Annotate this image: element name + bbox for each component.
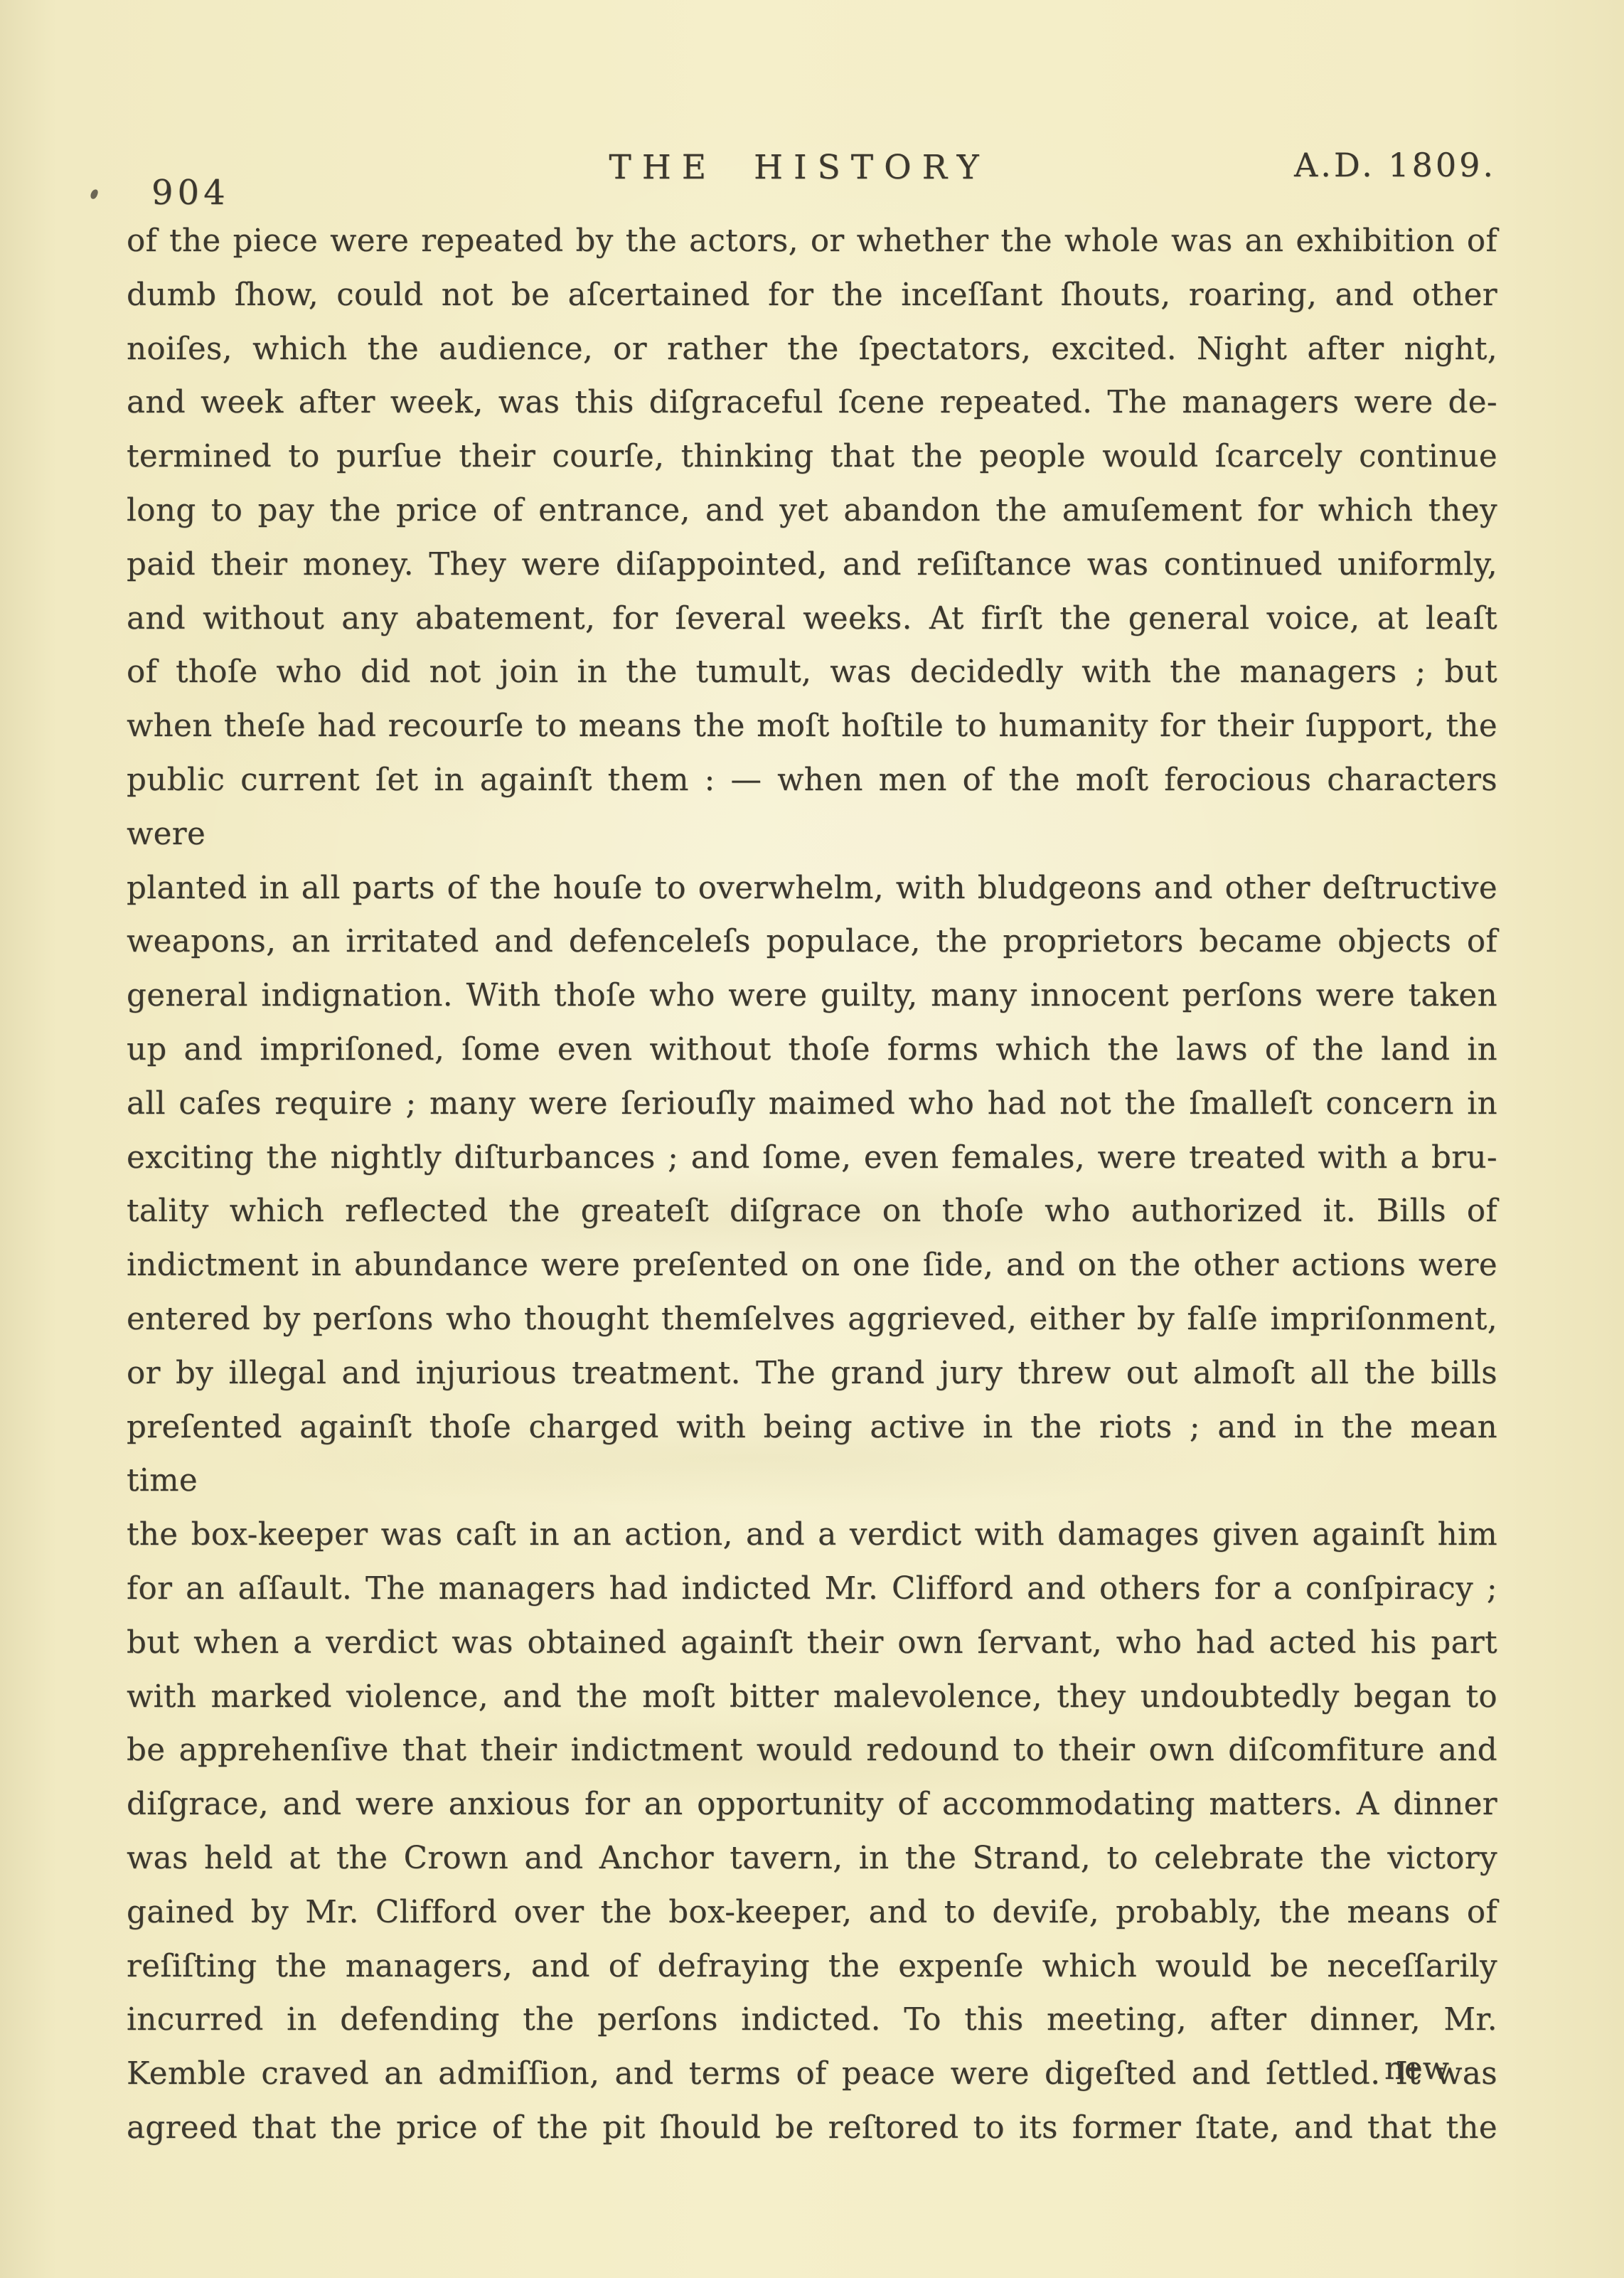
body-text: of the piece were repeated by the actors…	[127, 215, 1497, 2156]
text-line: and week after week, was this diſgracefu…	[127, 376, 1497, 430]
text-line: noiſes, which the audience, or rather th…	[127, 323, 1497, 377]
text-line: was held at the Crown and Anchor tavern,…	[127, 1832, 1497, 1886]
text-line: exciting the nightly diſturbances ; and …	[127, 1132, 1497, 1186]
date-heading: A.D. 1809.	[1294, 146, 1496, 184]
book-page: 904 THE HISTORY A.D. 1809. of the piece …	[0, 0, 1624, 2278]
ink-speck	[90, 188, 99, 200]
text-line: the box-keeper was caſt in an action, an…	[127, 1508, 1497, 1563]
text-line: of the piece were repeated by the actors…	[127, 215, 1497, 269]
catchword: new	[1384, 2043, 1449, 2097]
text-line: planted in all parts of the houſe to ove…	[127, 862, 1497, 916]
text-line: but when a verdict was obtained againſt …	[127, 1617, 1497, 1671]
text-line: diſgrace, and were anxious for an opport…	[127, 1778, 1497, 1832]
text-line: agreed that the price of the pit ſhould …	[127, 2102, 1497, 2156]
text-line: be apprehenſive that their indictment wo…	[127, 1724, 1497, 1778]
text-line: of thoſe who did not join in the tumult,…	[127, 646, 1497, 700]
text-line: weapons, an irritated and defenceleſs po…	[127, 915, 1497, 969]
text-line: or by illegal and injurious treatment. T…	[127, 1347, 1497, 1401]
text-line: tality which reflected the greateſt diſg…	[127, 1185, 1497, 1239]
text-line: dumb ſhow, could not be aſcertained for …	[127, 269, 1497, 323]
text-line: public current ſet in againſt them : — w…	[127, 754, 1497, 862]
text-line: and without any abatement, for ſeveral w…	[127, 592, 1497, 646]
text-line: with marked violence, and the moſt bitte…	[127, 1671, 1497, 1725]
text-line: paid their money. They were diſappointed…	[127, 538, 1497, 592]
text-line: gained by Mr. Clifford over the box-keep…	[127, 1886, 1497, 1940]
text-line: reſiſting the managers, and of defraying…	[127, 1940, 1497, 1994]
text-line: for an aſſault. The managers had indicte…	[127, 1563, 1497, 1617]
text-line: entered by perſons who thought themſelve…	[127, 1293, 1497, 1347]
text-line: Kemble craved an admiſſion, and terms of…	[127, 2048, 1497, 2102]
text-line: up and impriſoned, ſome even without tho…	[127, 1023, 1497, 1077]
text-line: general indignation. With thoſe who were…	[127, 969, 1497, 1023]
text-line: indictment in abundance were preſented o…	[127, 1239, 1497, 1293]
text-line: long to pay the price of entrance, and y…	[127, 484, 1497, 538]
text-line: all caſes require ; many were ſeriouſly …	[127, 1077, 1497, 1132]
text-line: when theſe had recourſe to means the moſ…	[127, 700, 1497, 754]
text-line: preſented againſt thoſe charged with bei…	[127, 1401, 1497, 1509]
text-line: termined to purſue their courſe, thinkin…	[127, 430, 1497, 484]
text-line: incurred in defending the perſons indict…	[127, 1994, 1497, 2048]
